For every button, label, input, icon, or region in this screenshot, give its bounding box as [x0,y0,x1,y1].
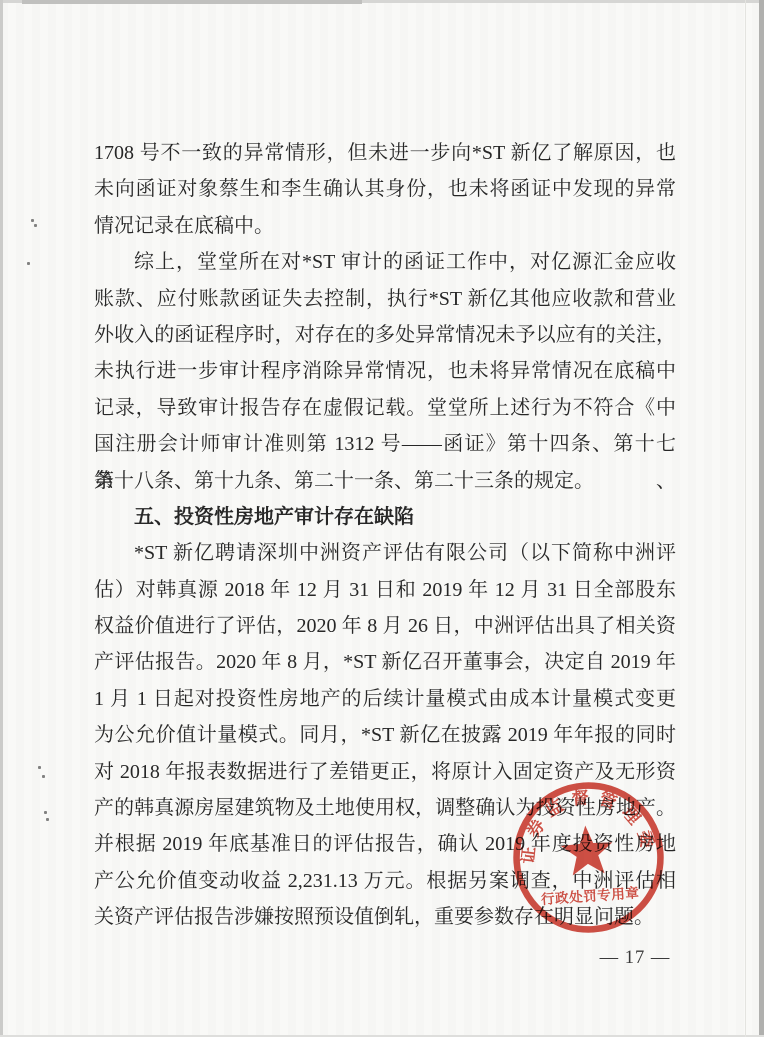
scan-edge-right [759,0,764,1037]
text-line: 综上，堂堂所在对*ST 审计的函证工作中，对亿源汇金应收 [94,244,676,280]
ink-speck [42,775,45,778]
text-line: 记录，导致审计报告存在虚假记载。堂堂所上述行为不符合《中 [94,390,676,426]
ink-speck [44,811,47,814]
scan-edge-top-shadow [22,0,362,4]
text-line: 五、投资性房地产审计存在缺陷 [94,499,676,535]
ink-speck [34,224,37,227]
text-line: 外收入的函证程序时，对存在的多处异常情况未予以应有的关注， [94,317,676,353]
ink-speck [38,766,41,769]
text-line: 1 月 1 日起对投资性房地产的后续计量模式由成本计量模式变更 [94,681,676,717]
text-line: *ST 新亿聘请深圳中洲资产评估有限公司（以下简称中洲评 [94,535,676,571]
text-line: 产评估报告。2020 年 8 月，*ST 新亿召开董事会，决定自 2019 年 [94,644,676,680]
official-seal-stamp: 中国证券监督管理委员会 行政处罚专用章 [503,772,675,944]
scanned-document-page: 1708 号不一致的异常情形，但未进一步向*ST 新亿了解原因，也未向函证对象蔡… [0,0,764,1037]
seal-bottom-text: 行政处罚专用章 [540,884,639,907]
text-line: 1708 号不一致的异常情形，但未进一步向*ST 新亿了解原因，也 [94,135,676,171]
page-number: — 17 — [585,946,685,970]
scan-fold-line [745,0,746,1037]
scan-edge-left [0,0,3,1037]
text-line: 为公允价值计量模式。同月，*ST 新亿在披露 2019 年年报的同时 [94,717,676,753]
text-line: 未向函证对象蔡生和李生确认其身份，也未将函证中发现的异常 [94,171,676,207]
text-line: 估）对韩真源 2018 年 12 月 31 日和 2019 年 12 月 31 … [94,572,676,608]
text-line: 第十八条、第十九条、第二十一条、第二十三条的规定。 [94,463,676,499]
text-line: 情况记录在底稿中。 [94,208,676,244]
ink-speck [46,818,49,821]
seal-star-icon [559,824,614,877]
text-line: 国注册会计师审计准则第 1312 号——函证》第十四条、第十七条、 [94,426,676,462]
text-line: 未执行进一步审计程序消除异常情况，也未将异常情况在底稿中 [94,353,676,389]
text-line: 账款、应付账款函证失去控制，执行*ST 新亿其他应收款和营业 [94,281,676,317]
ink-speck [27,262,30,265]
text-line: 权益价值进行了评估，2020 年 8 月 26 日，中洲评估出具了相关资 [94,608,676,644]
ink-speck [31,219,34,222]
